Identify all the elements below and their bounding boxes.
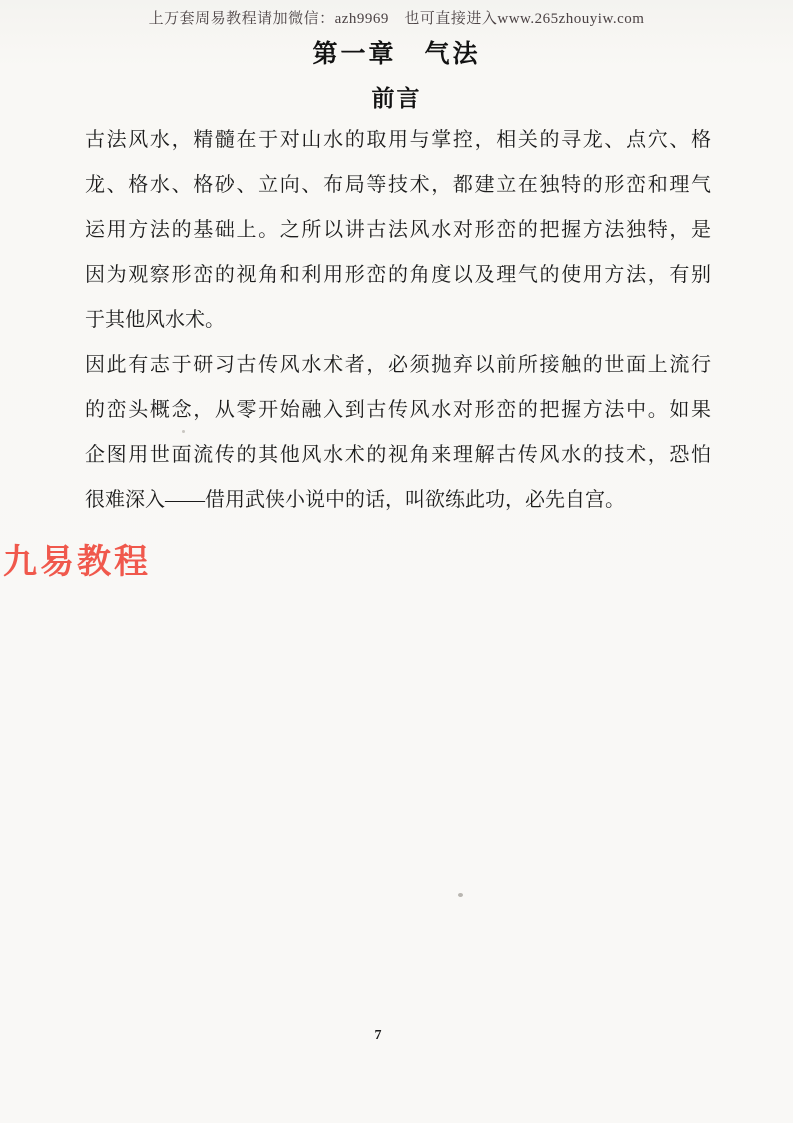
body-line: 的峦头概念，从零开始融入到古传风水对形峦的把握方法中。如果 [85, 388, 711, 433]
body-line: 运用方法的基础上。之所以讲古法风水对形峦的把握方法独特，是 [85, 208, 711, 253]
paragraph: 因此有志于研习古传风水术者，必须抛弃以前所接触的世面上流行 的峦头概念，从零开始… [85, 343, 711, 523]
body-line: 因为观察形峦的视角和利用形峦的角度以及理气的使用方法，有别 [85, 253, 711, 298]
body-line: 企图用世面流传的其他风水术的视角来理解古传风水的技术，恐怕 [85, 433, 711, 478]
preface-subtitle: 前言 [0, 80, 793, 113]
chapter-title: 第一章 气法 [0, 34, 793, 70]
scan-speck [182, 430, 185, 433]
body-line: 于其他风水术。 [85, 298, 711, 343]
watermark-brand-text: 九易教程 [3, 545, 151, 579]
body-line: 古法风水，精髓在于对山水的取用与掌控，相关的寻龙、点穴、格 [85, 118, 711, 163]
header-promo-text: 上万套周易教程请加微信：azh9969 也可直接进入www.265zhouyiw… [0, 7, 793, 28]
body-line: 很难深入——借用武侠小说中的话，叫欲练此功，必先自宫。 [85, 478, 711, 523]
body-line: 龙、格水、格砂、立向、布局等技术，都建立在独特的形峦和理气 [85, 163, 711, 208]
page-number: 7 [0, 1028, 756, 1044]
paragraph: 古法风水，精髓在于对山水的取用与掌控，相关的寻龙、点穴、格 龙、格水、格砂、立向… [85, 118, 711, 343]
body-text: 古法风水，精髓在于对山水的取用与掌控，相关的寻龙、点穴、格 龙、格水、格砂、立向… [85, 118, 711, 523]
scan-speck [458, 893, 463, 897]
document-page: 上万套周易教程请加微信：azh9969 也可直接进入www.265zhouyiw… [0, 0, 793, 1123]
body-line: 因此有志于研习古传风水术者，必须抛弃以前所接触的世面上流行 [85, 343, 711, 388]
